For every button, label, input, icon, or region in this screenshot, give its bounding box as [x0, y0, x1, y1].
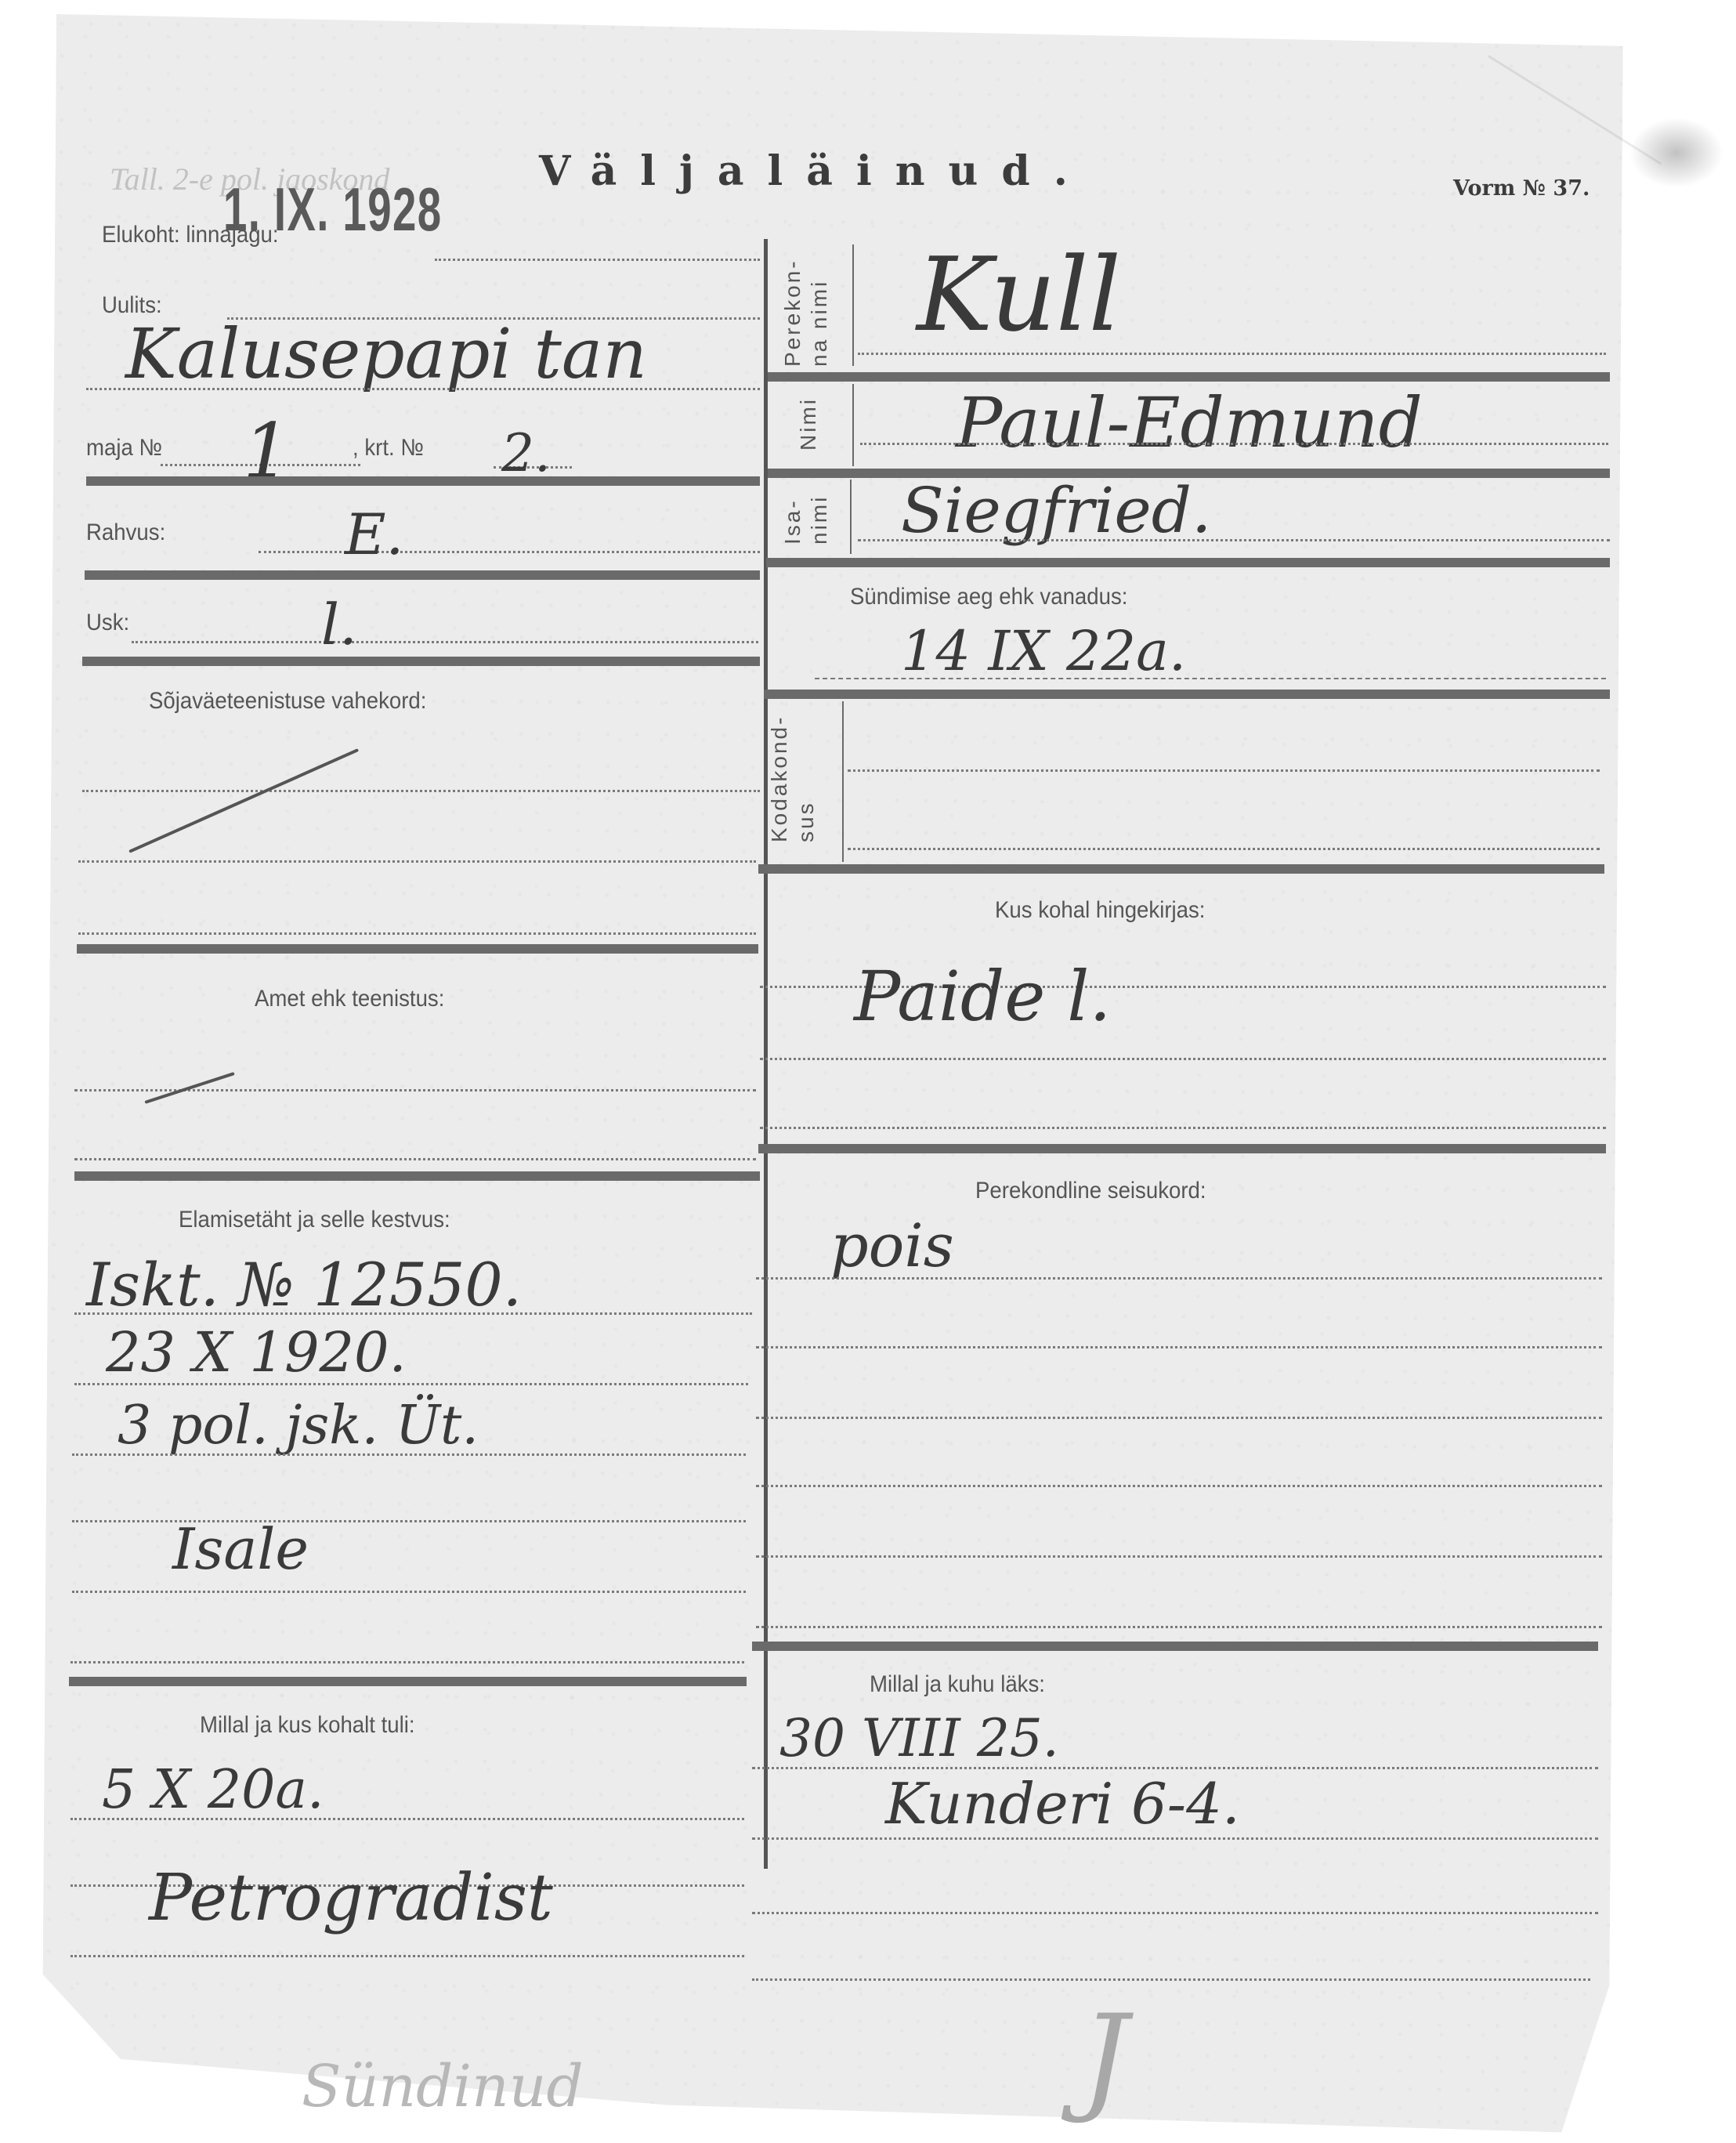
tuli-line-2: Petrogradist — [149, 1861, 553, 1935]
rahvus-value: E. — [345, 501, 403, 567]
usk-value: l. — [321, 592, 357, 657]
laks-line-1: 30 VIII 25. — [779, 1708, 1059, 1768]
hingekiri-field-line3[interactable] — [760, 1127, 1606, 1129]
seisukord-field-line2[interactable] — [756, 1346, 1602, 1348]
column-divider — [764, 239, 768, 1869]
perekonnanimi-value: Kull — [917, 235, 1121, 354]
elamiseta-field-line6[interactable] — [71, 1661, 744, 1663]
label-isanimi-line2: nimi — [806, 495, 833, 545]
laks-field-line3[interactable] — [752, 1912, 1598, 1914]
label-isanimi-line1: Isa- — [779, 495, 806, 545]
section-rule — [752, 1642, 1598, 1651]
usk-field[interactable] — [132, 641, 758, 643]
elamiseta-field-line2[interactable] — [74, 1383, 748, 1385]
krt-value: 2. — [501, 423, 551, 483]
label-nimi: Nimi — [795, 397, 822, 451]
laks-field-line2[interactable] — [752, 1837, 1598, 1840]
sojavae-field-line3[interactable] — [78, 932, 756, 935]
ink-smudge — [1629, 118, 1723, 188]
label-sojavaeteenistus: Sõjaväeteenistuse vahekord: — [149, 688, 426, 715]
sundimise-field[interactable] — [815, 678, 1606, 679]
label-perekonnanimi-line1: Perekon- — [779, 259, 806, 367]
section-rule — [86, 476, 760, 486]
label-seisukord: Perekondline seisukord: — [975, 1178, 1206, 1204]
elukoht-field[interactable] — [435, 259, 760, 261]
perekonnanimi-field[interactable] — [858, 353, 1606, 355]
sojavae-field-line2[interactable] — [78, 860, 756, 863]
section-rule — [85, 570, 760, 580]
kodakondsus-field-line1[interactable] — [848, 769, 1600, 772]
label-rahvus: Rahvus: — [86, 519, 165, 546]
elamiseta-field-line3[interactable] — [72, 1453, 746, 1456]
section-rule — [764, 690, 1610, 699]
seisukord-field-line4[interactable] — [756, 1485, 1602, 1487]
elamiseta-line-3: 3 pol. jsk. Üt. — [118, 1395, 479, 1457]
seisukord-value: pois — [830, 1211, 954, 1280]
uulits-field-line2[interactable] — [86, 388, 760, 390]
label-sundimise: Sündimise aeg ehk vanadus: — [850, 584, 1127, 610]
tuli-line-1: 5 X 20a. — [102, 1759, 324, 1821]
label-isanimi: Isa- nimi — [779, 495, 833, 545]
label-perekonnanimi-line2: na nimi — [806, 259, 833, 367]
label-cell-divider — [852, 244, 854, 366]
hingekiri-field-line2[interactable] — [760, 1058, 1606, 1060]
label-usk: Usk: — [86, 610, 129, 636]
kodakondsus-field-line2[interactable] — [848, 848, 1600, 850]
seisukord-field-line3[interactable] — [756, 1417, 1602, 1419]
label-tuli: Millal ja kus kohalt tuli: — [200, 1712, 415, 1739]
label-elukoht: Elukoht: linnajagu: — [102, 222, 279, 248]
elamiseta-field-line1[interactable] — [74, 1312, 752, 1315]
label-elamiseta: Elamisetäht ja selle kestvus: — [179, 1207, 450, 1233]
pencil-initial: J — [1081, 1990, 1128, 2127]
seisukord-field-line5[interactable] — [756, 1555, 1602, 1558]
isanimi-value: Siegfried. — [901, 474, 1211, 547]
seisukord-field-line1[interactable] — [756, 1277, 1602, 1280]
section-rule — [74, 1171, 760, 1181]
section-rule — [768, 372, 1610, 382]
form-number: Vorm № 37. — [1453, 176, 1590, 201]
section-rule — [82, 657, 760, 666]
sundimise-value: 14 IX 22a. — [901, 619, 1186, 683]
elamiseta-line-1: Iskt. № 12550. — [86, 1250, 522, 1319]
seisukord-field-line6[interactable] — [756, 1626, 1602, 1628]
label-krt: , krt. № — [353, 435, 424, 462]
rahvus-field[interactable] — [259, 551, 760, 553]
hingekiri-value: Paide l. — [854, 956, 1111, 1037]
nimi-field[interactable] — [860, 443, 1608, 445]
label-kodakondsus-line2: sus — [793, 715, 819, 842]
label-hingekiri: Kus kohal hingekirjas: — [995, 897, 1205, 924]
label-nimi-text: Nimi — [795, 397, 822, 451]
section-rule — [69, 1677, 747, 1686]
laks-field-line1[interactable] — [752, 1767, 1598, 1769]
elamiseta-line-4: Isale — [172, 1516, 309, 1582]
section-rule — [77, 944, 758, 954]
elamiseta-field-line5[interactable] — [72, 1591, 746, 1593]
nimi-value: Paul-Edmund — [956, 382, 1423, 463]
label-amet: Amet ehk teenistus: — [255, 986, 444, 1012]
label-cell-divider — [852, 384, 854, 466]
tuli-field-line1[interactable] — [71, 1818, 744, 1820]
label-cell-divider — [842, 701, 844, 862]
elamiseta-line-2: 23 X 1920. — [106, 1320, 407, 1385]
section-rule — [758, 1144, 1606, 1153]
isanimi-field[interactable] — [858, 539, 1610, 541]
label-perekonnanimi: Perekon- na nimi — [779, 259, 833, 367]
sojavae-field-line1[interactable] — [82, 790, 760, 792]
label-kodakondsus-line1: Kodakond- — [766, 715, 793, 842]
pencil-note: Sündinud — [302, 2053, 584, 2120]
laks-field-line4[interactable] — [752, 1978, 1590, 1981]
tuli-field-line3[interactable] — [71, 1955, 744, 1957]
label-kodakondsus: Kodakond- sus — [766, 715, 819, 842]
amet-field-line2[interactable] — [74, 1158, 756, 1160]
section-rule — [758, 864, 1604, 874]
laks-line-2: Kunderi 6-4. — [885, 1771, 1240, 1837]
label-maja: maja № — [86, 435, 162, 462]
label-cell-divider — [850, 480, 852, 554]
form-title: Väljaläinud. — [539, 147, 1091, 195]
uulits-value: Kalusepapi tan — [125, 313, 647, 394]
label-laks: Millal ja kuhu läks: — [870, 1671, 1045, 1698]
section-rule — [766, 558, 1610, 567]
